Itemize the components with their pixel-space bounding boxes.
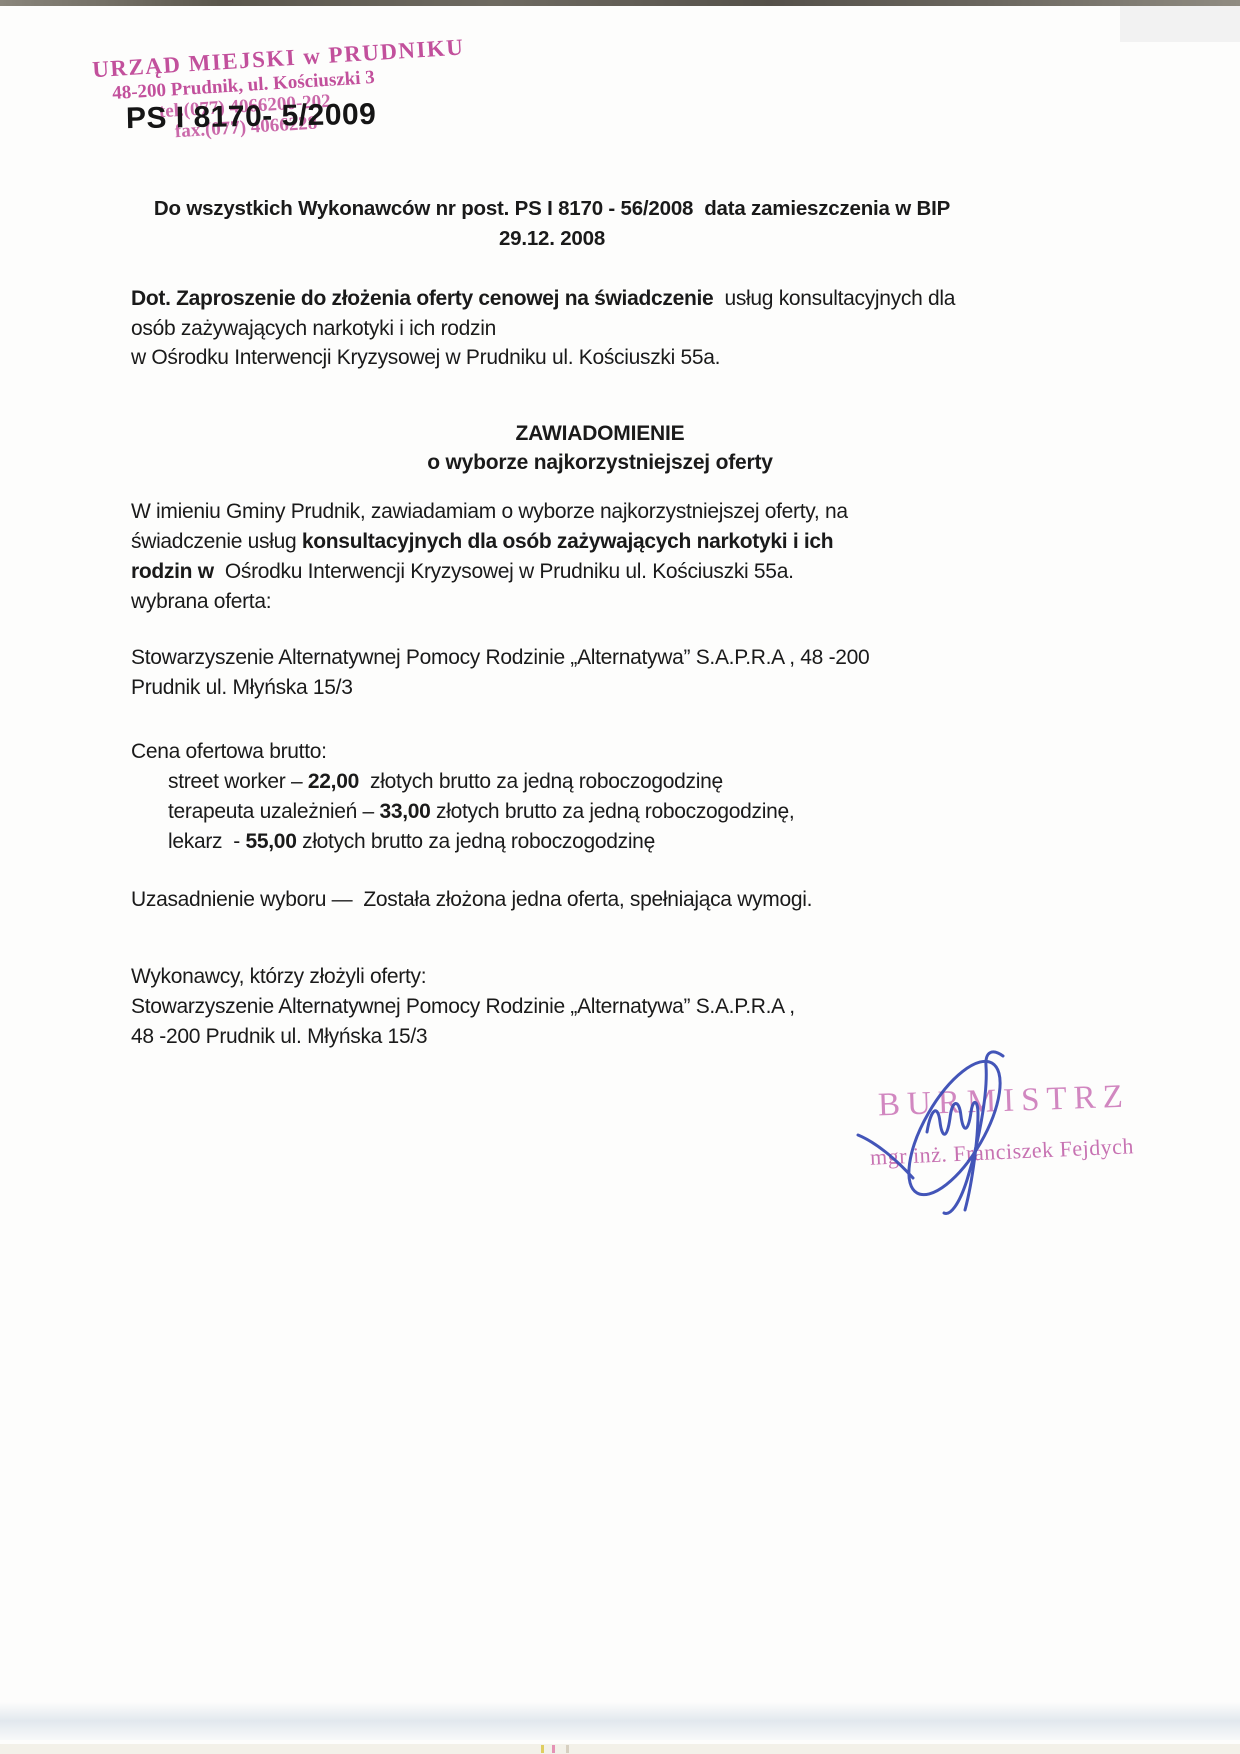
price-item-role: terapeuta uzależnień – xyxy=(168,800,379,823)
announcement-line-3: rodzin w Ośrodku Interwencji Kryzysowej … xyxy=(131,557,848,587)
selected-bidder-line-1: Stowarzyszenie Alternatywnej Pomocy Rodz… xyxy=(131,643,869,673)
subject-line-1: Dot. Zaproszenie do złożenia oferty ceno… xyxy=(131,284,991,314)
announcement-paragraph: W imieniu Gminy Prudnik, zawiadamiam o w… xyxy=(131,497,848,617)
bidder-line-2: 48 -200 Prudnik ul. Młyńska 15/3 xyxy=(131,1022,795,1052)
price-item-unit: złotych brutto za jedną roboczogodzinę xyxy=(359,770,723,793)
subject-bold-part: Dot. Zaproszenie do złożenia oferty ceno… xyxy=(131,287,713,310)
announcement-line-1: W imieniu Gminy Prudnik, zawiadamiam o w… xyxy=(131,497,848,527)
selected-bidder: Stowarzyszenie Alternatywnej Pomocy Rodz… xyxy=(131,643,869,703)
scan-speck xyxy=(566,1745,569,1753)
price-item-unit: złotych brutto za jedną roboczogodzinę xyxy=(297,830,655,853)
subject-paragraph: Dot. Zaproszenie do złożenia oferty ceno… xyxy=(131,284,991,373)
scan-shading-artifact xyxy=(1120,6,1240,42)
subject-rest-part: usług konsultacyjnych dla xyxy=(713,287,955,310)
scan-noise-band xyxy=(0,1702,1240,1740)
bidder-line-1: Stowarzyszenie Alternatywnej Pomocy Rodz… xyxy=(131,992,795,1022)
subject-line-3: w Ośrodku Interwencji Kryzysowej w Prudn… xyxy=(131,343,991,373)
scan-speck xyxy=(541,1745,544,1753)
notice-title-line-1: ZAWIADOMIENIE xyxy=(200,419,1000,448)
addressee-header: Do wszystkich Wykonawców nr post. PS I 8… xyxy=(52,194,1052,254)
announcement-line-4: wybrana oferta: xyxy=(131,587,848,617)
announcement-l2-normal: świadczenie usług xyxy=(131,530,302,553)
price-item-unit: złotych brutto za jedną roboczogodzinę, xyxy=(431,800,795,823)
price-item-doctor: lekarz - 55,00 złotych brutto za jedną r… xyxy=(131,827,794,857)
ink-signature xyxy=(845,1040,1025,1225)
announcement-l3-normal: Ośrodku Interwencji Kryzysowej w Prudnik… xyxy=(214,560,794,583)
publication-date: 29.12. 2008 xyxy=(52,224,1052,254)
notice-title: ZAWIADOMIENIE o wyborze najkorzystniejsz… xyxy=(200,419,1000,477)
bidders-label: Wykonawcy, którzy złożyli oferty: xyxy=(131,962,795,992)
bidders-list: Wykonawcy, którzy złożyli oferty: Stowar… xyxy=(131,962,795,1052)
scan-speck xyxy=(552,1745,555,1753)
subject-line-2: osób zażywających narkotyki i ich rodzin xyxy=(131,314,991,344)
announcement-l2-bold: konsultacyjnych dla osób zażywających na… xyxy=(302,530,833,553)
price-item-role: street worker – xyxy=(168,770,308,793)
price-item-therapist: terapeuta uzależnień – 33,00 złotych bru… xyxy=(131,797,794,827)
price-list: Cena ofertowa brutto: street worker – 22… xyxy=(131,737,794,857)
selected-bidder-line-2: Prudnik ul. Młyńska 15/3 xyxy=(131,673,869,703)
notice-title-line-2: o wyborze najkorzystniejszej oferty xyxy=(200,448,1000,477)
price-item-value: 22,00 xyxy=(308,770,359,793)
price-item-role: lekarz - xyxy=(168,830,246,853)
price-item-value: 55,00 xyxy=(246,830,297,853)
scan-edge-artifact-top xyxy=(0,0,1240,6)
price-list-label: Cena ofertowa brutto: xyxy=(131,737,794,767)
price-item-street-worker: street worker – 22,00 złotych brutto za … xyxy=(131,767,794,797)
price-item-value: 33,00 xyxy=(379,800,430,823)
reference-number: PS I 8170- 5/2009 xyxy=(126,98,377,136)
scan-edge-artifact-bottom xyxy=(0,1744,1240,1754)
addressee-line: Do wszystkich Wykonawców nr post. PS I 8… xyxy=(52,194,1052,224)
selection-justification: Uzasadnienie wyboru — Została złożona je… xyxy=(131,888,812,912)
announcement-line-2: świadczenie usług konsultacyjnych dla os… xyxy=(131,527,848,557)
announcement-l3-bold: rodzin w xyxy=(131,560,214,583)
scanned-document-page: URZĄD MIEJSKI w PRUDNIKU 48-200 Prudnik,… xyxy=(0,0,1240,1754)
